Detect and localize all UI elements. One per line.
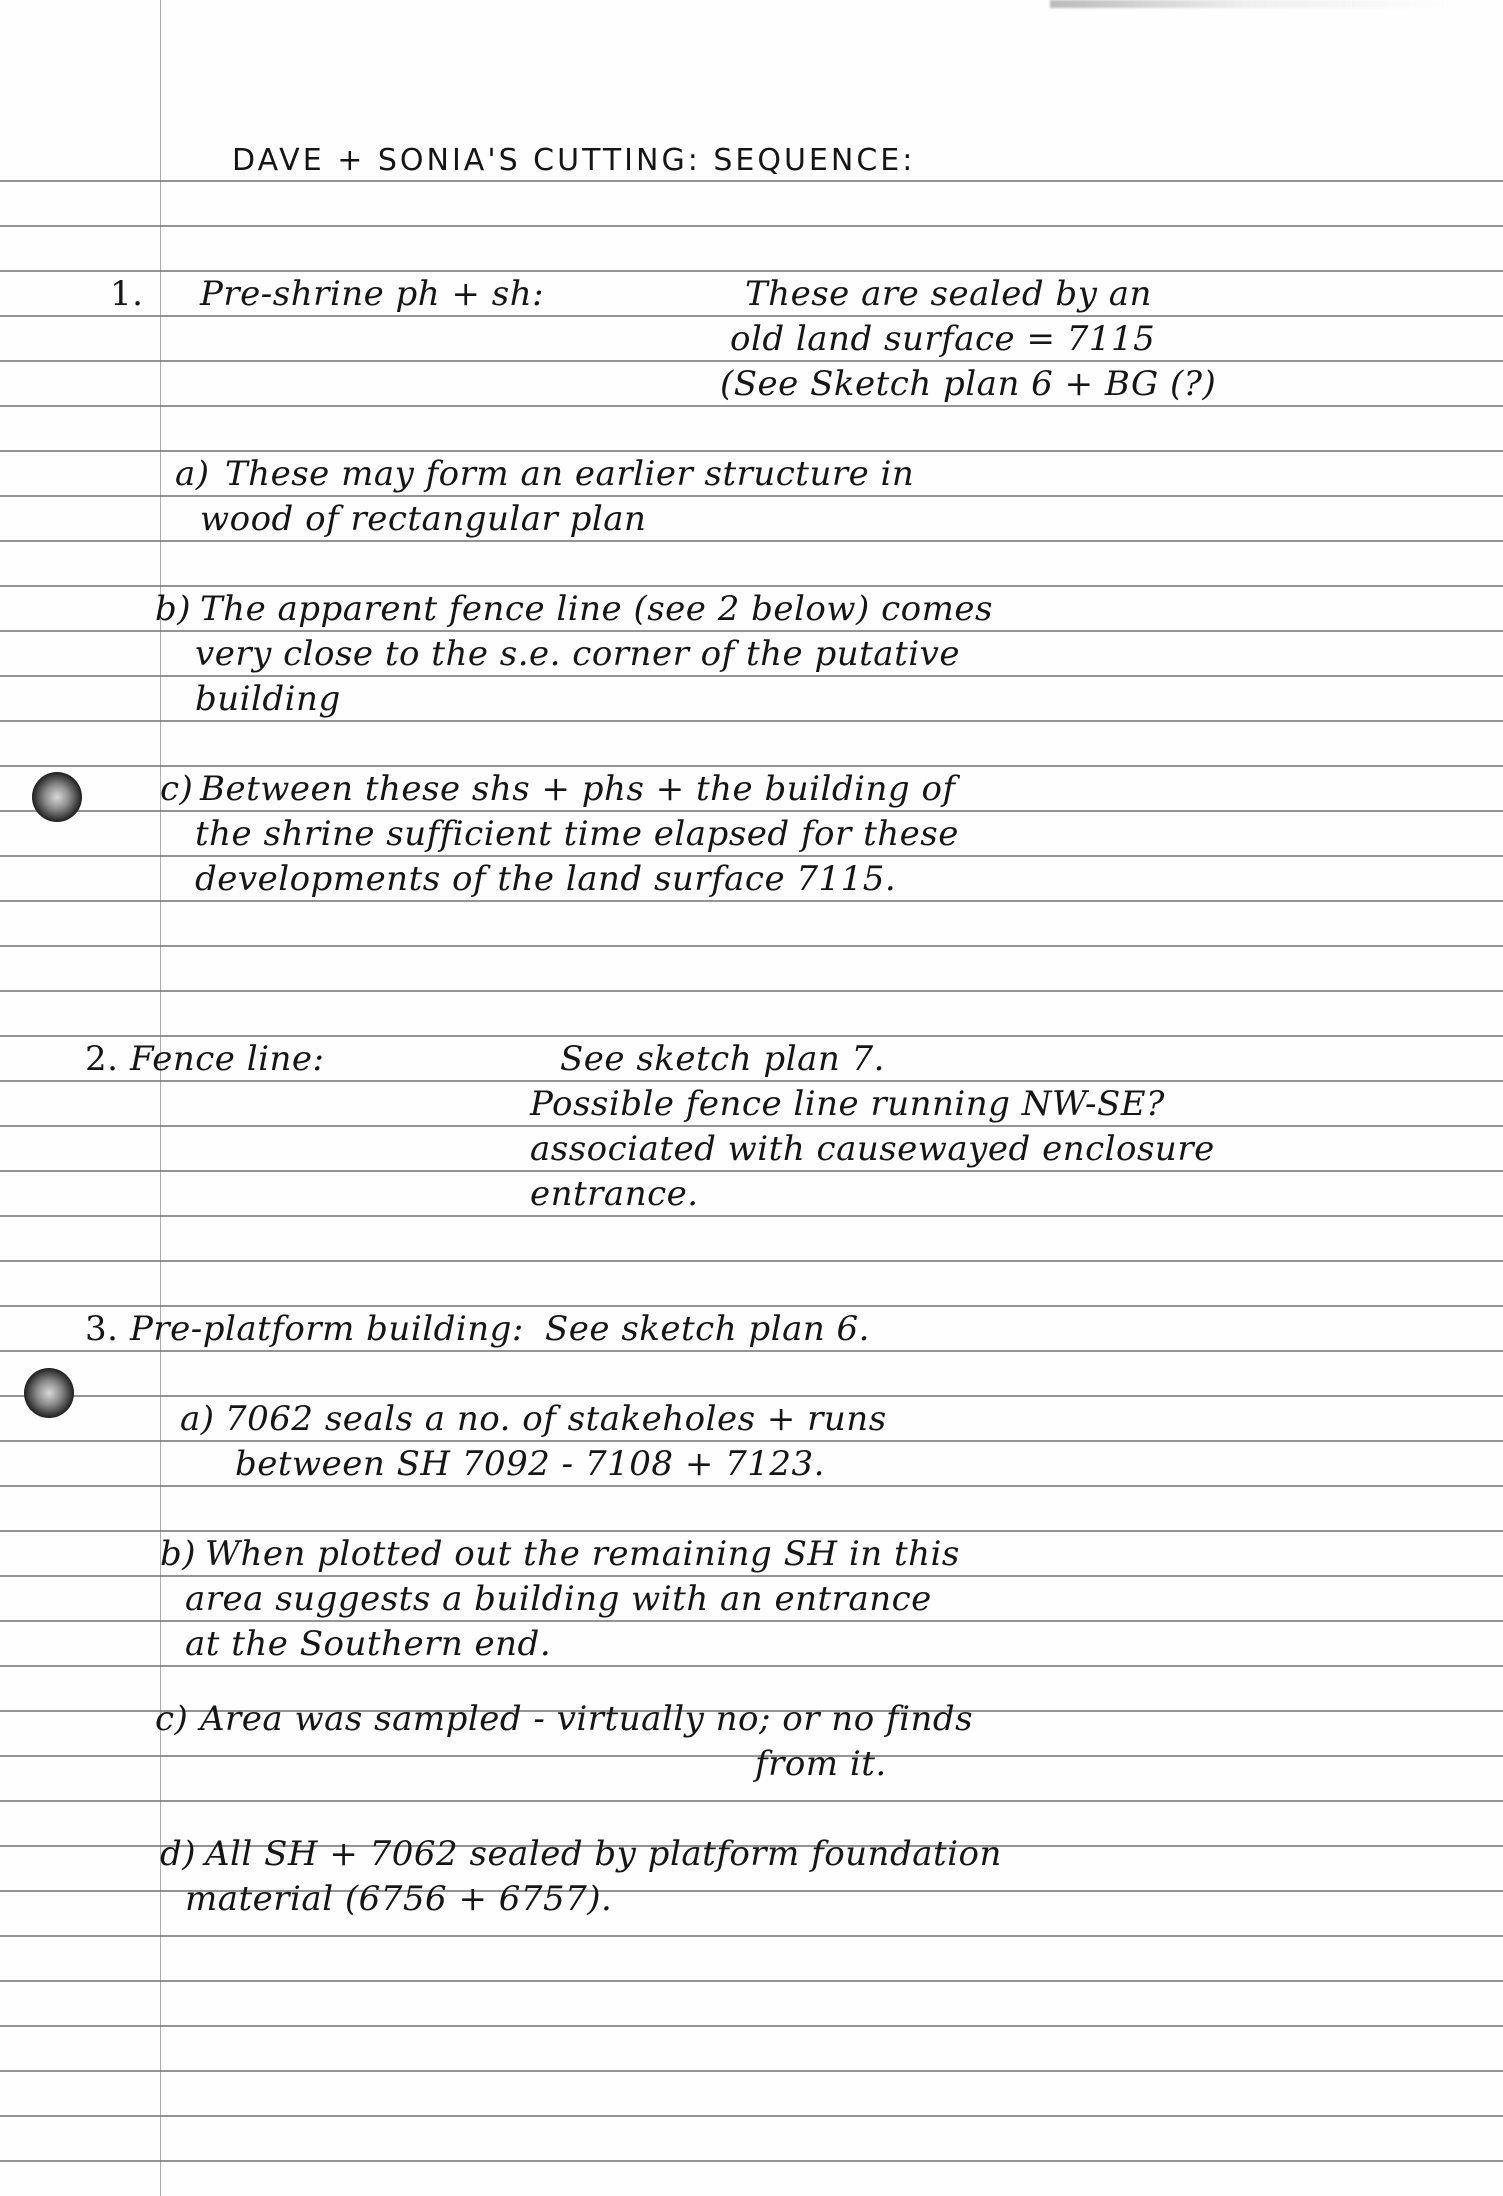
section-number: 3.: [85, 1307, 118, 1352]
subitem-line: When plotted out the remaining SH in thi…: [205, 1532, 960, 1577]
subitem-line: the shrine sufficient time elapsed for t…: [195, 812, 959, 857]
subitem-label: b): [160, 1532, 196, 1577]
subitem-line: building: [195, 677, 341, 722]
section-line: entrance.: [530, 1172, 699, 1217]
section-line: (See Sketch plan 6 + BG (?): [720, 362, 1216, 407]
section-heading: Pre-platform building:: [130, 1307, 524, 1352]
subitem-line: Area was sampled - virtually no; or no f…: [200, 1697, 973, 1742]
subitem-line: The apparent fence line (see 2 below) co…: [200, 587, 993, 632]
punch-hole-icon: [32, 772, 82, 822]
section-heading: Fence line:: [130, 1037, 324, 1082]
subitem-line: 7062 seals a no. of stakeholes + runs: [225, 1397, 887, 1442]
page-title: Dave + Sonia's Cutting: Sequence:: [232, 138, 915, 183]
section-line: associated with causewayed enclosure: [530, 1127, 1215, 1172]
lined-paper-page: Dave + Sonia's Cutting: Sequence: 1. Pre…: [0, 0, 1503, 2196]
section-line: These are sealed by an: [745, 272, 1152, 317]
section-line: Possible fence line running NW-SE?: [530, 1082, 1165, 1127]
subitem-label: c): [160, 767, 193, 812]
subitem-label: c): [155, 1697, 188, 1742]
subitem-label: a): [175, 452, 210, 497]
section-number: 2.: [85, 1037, 118, 1082]
subitem-line: wood of rectangular plan: [200, 497, 646, 542]
subitem-label: b): [155, 587, 191, 632]
section-line: old land surface = 7115: [730, 317, 1155, 362]
subitem-line: Between these shs + phs + the building o…: [200, 767, 956, 812]
section-line: See sketch plan 6.: [545, 1307, 870, 1352]
subitem-line: developments of the land surface 7115.: [195, 857, 896, 902]
section-number: 1.: [110, 272, 143, 317]
punch-hole-icon: [24, 1368, 74, 1418]
scan-smudge: [1050, 0, 1450, 8]
subitem-line: These may form an earlier structure in: [225, 452, 914, 497]
subitem-line: area suggests a building with an entranc…: [185, 1577, 932, 1622]
subitem-line: very close to the s.e. corner of the put…: [195, 632, 960, 677]
section-line: See sketch plan 7.: [560, 1037, 885, 1082]
subitem-line: All SH + 7062 sealed by platform foundat…: [205, 1832, 1002, 1877]
subitem-label: d): [160, 1832, 196, 1877]
subitem-line: from it.: [755, 1742, 887, 1787]
subitem-label: a): [180, 1397, 215, 1442]
subitem-line: material (6756 + 6757).: [185, 1877, 612, 1922]
subitem-line: between SH 7092 - 7108 + 7123.: [235, 1442, 825, 1487]
subitem-line: at the Southern end.: [185, 1622, 551, 1667]
section-heading: Pre-shrine ph + sh:: [200, 272, 544, 317]
